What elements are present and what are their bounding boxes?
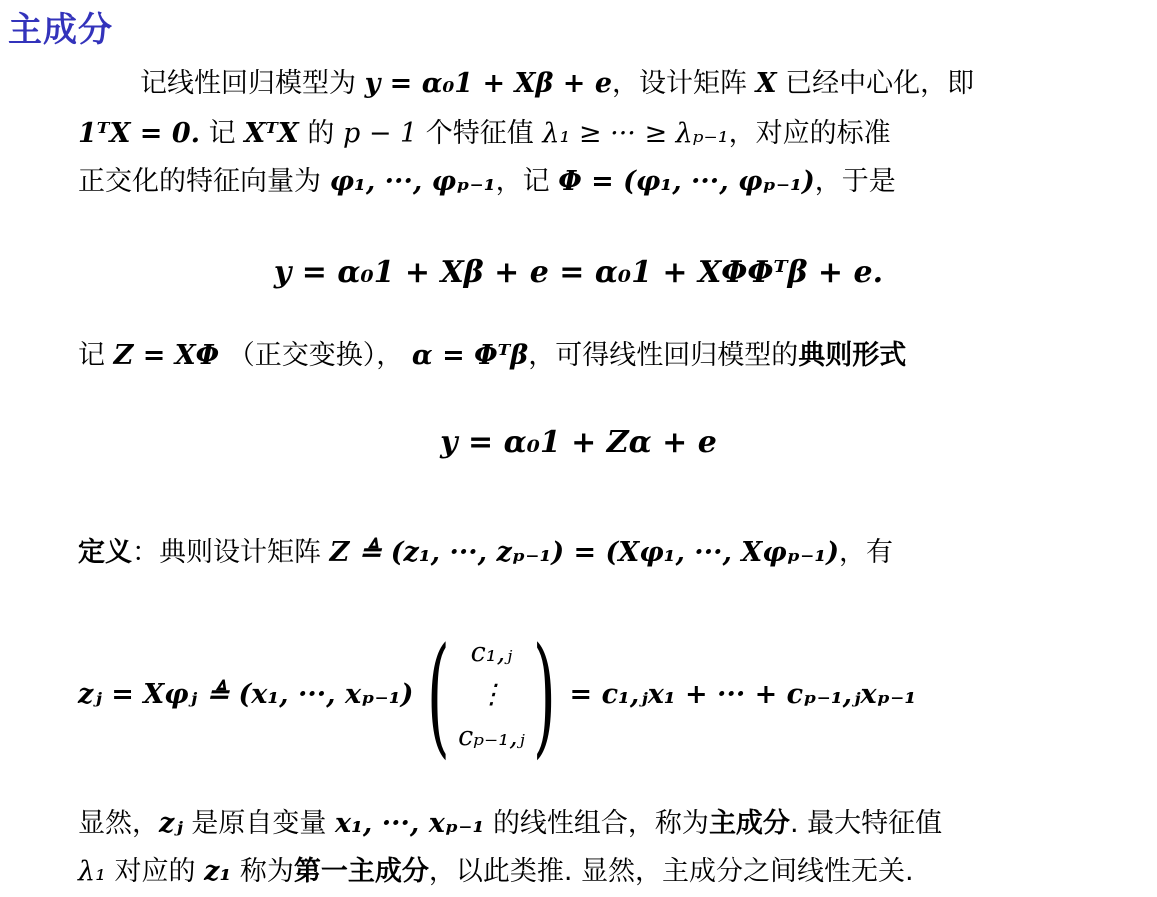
paragraph-line-3: 正交化的特征向量为 φ₁, ···, φₚ₋₁，记 Φ = (φ₁, ···, … — [78, 166, 896, 198]
text: ，以此类推. 显然，主成分之间线性无关. — [429, 856, 914, 887]
text: ，设计矩阵 — [612, 68, 747, 99]
math-model: y = α₀1 + Xβ + e — [365, 68, 612, 99]
text: 记 — [78, 340, 105, 371]
math-X: X — [756, 68, 777, 99]
term-canonical-form: 典则形式 — [798, 340, 906, 371]
text: ，有 — [839, 537, 893, 568]
text: ，记 — [496, 166, 550, 197]
math-lhs: zⱼ = Xφⱼ ≜ (x₁, ···, xₚ₋₁) — [78, 679, 413, 711]
vector-entry: cₚ₋₁,ⱼ — [458, 716, 525, 758]
left-paren: ( — [427, 630, 450, 760]
text: 显然， — [78, 808, 159, 839]
slide-title: 主成分 — [8, 2, 113, 51]
math-lambda1: λ₁ — [78, 856, 106, 887]
math-eigenvectors: φ₁, ···, φₚ₋₁ — [330, 166, 496, 197]
text: ，可得线性回归模型的 — [528, 340, 798, 371]
math-definition: Z ≜ (z₁, ···, zₚ₋₁) = (Xφ₁, ···, Xφₚ₋₁) — [330, 537, 839, 568]
math-x-list: x₁, ···, xₚ₋₁ — [335, 808, 484, 839]
math-centered: 1ᵀX = 0. — [78, 118, 200, 149]
math-Z-def: Z = XΦ — [114, 340, 220, 371]
text: 是原自变量 — [191, 808, 326, 839]
vector-entry: c₁,ⱼ — [471, 632, 513, 674]
text: 的 — [307, 118, 334, 149]
math-z1: z₁ — [204, 856, 231, 887]
text: ，对应的标准 — [729, 118, 891, 149]
paragraph-line-1: 记线性回归模型为 y = α₀1 + Xβ + e，设计矩阵 X 已经中心化，即 — [140, 68, 974, 100]
equation-1: y = α₀1 + Xβ + e = α₀1 + XΦΦᵀβ + e. — [0, 255, 1157, 291]
text: 的线性组合，称为 — [493, 808, 709, 839]
math-XTX: XᵀX — [244, 118, 299, 149]
definition-label: 定义 — [78, 537, 132, 568]
term-first-principal-component: 第一主成分 — [294, 856, 429, 887]
math-rhs: = c₁,ⱼx₁ + ··· + cₚ₋₁,ⱼxₚ₋₁ — [570, 679, 917, 711]
math-equation: y = α₀1 + Zα + e — [440, 425, 717, 460]
text: 称为 — [240, 856, 294, 887]
text: 记 — [209, 118, 236, 149]
text: 正交化的特征向量为 — [78, 166, 321, 197]
math-zj: zⱼ — [159, 808, 183, 839]
definition-line: 定义：典则设计矩阵 Z ≜ (z₁, ···, zₚ₋₁) = (Xφ₁, ··… — [78, 537, 893, 569]
paragraph-last-line-2: λ₁ 对应的 z₁ 称为第一主成分，以此类推. 显然，主成分之间线性无关. — [78, 856, 914, 888]
text: 个特征值 — [426, 118, 534, 149]
paragraph-line-2: 1ᵀX = 0. 记 XᵀX 的 p − 1 个特征值 λ₁ ≥ ··· ≥ λ… — [78, 118, 891, 150]
paragraph-last-line-1: 显然，zⱼ 是原自变量 x₁, ···, xₚ₋₁ 的线性组合，称为主成分. 最… — [78, 808, 942, 840]
equation-2: y = α₀1 + Zα + e — [0, 425, 1157, 461]
text: （正交变换）， — [228, 340, 404, 371]
text: ：典则设计矩阵 — [132, 537, 321, 568]
text: 已经中心化，即 — [785, 68, 974, 99]
text: 对应的 — [115, 856, 196, 887]
text: 记线性回归模型为 — [140, 68, 356, 99]
math-alpha-def: α = Φᵀβ — [412, 340, 528, 371]
math-Phi-def: Φ = (φ₁, ···, φₚ₋₁) — [558, 166, 815, 197]
right-paren: ) — [533, 630, 556, 760]
column-vector: ( c₁,ⱼ ⋮ cₚ₋₁,ⱼ ) — [413, 630, 569, 760]
paragraph-canonical: 记 Z = XΦ （正交变换）， α = Φᵀβ，可得线性回归模型的典则形式 — [78, 340, 906, 372]
math-eigenvalues: λ₁ ≥ ··· ≥ λₚ₋₁ — [542, 118, 728, 149]
vector-entry: ⋮ — [478, 674, 505, 716]
math-equation: y = α₀1 + Xβ + e = α₀1 + XΦΦᵀβ + e. — [274, 255, 883, 290]
term-principal-component: 主成分 — [709, 808, 790, 839]
text: ，于是 — [815, 166, 896, 197]
equation-3: zⱼ = Xφⱼ ≜ (x₁, ···, xₚ₋₁) ( c₁,ⱼ ⋮ cₚ₋₁… — [78, 620, 916, 770]
text: . 最大特征值 — [790, 808, 942, 839]
math-p-minus-1: p − 1 — [343, 118, 417, 149]
